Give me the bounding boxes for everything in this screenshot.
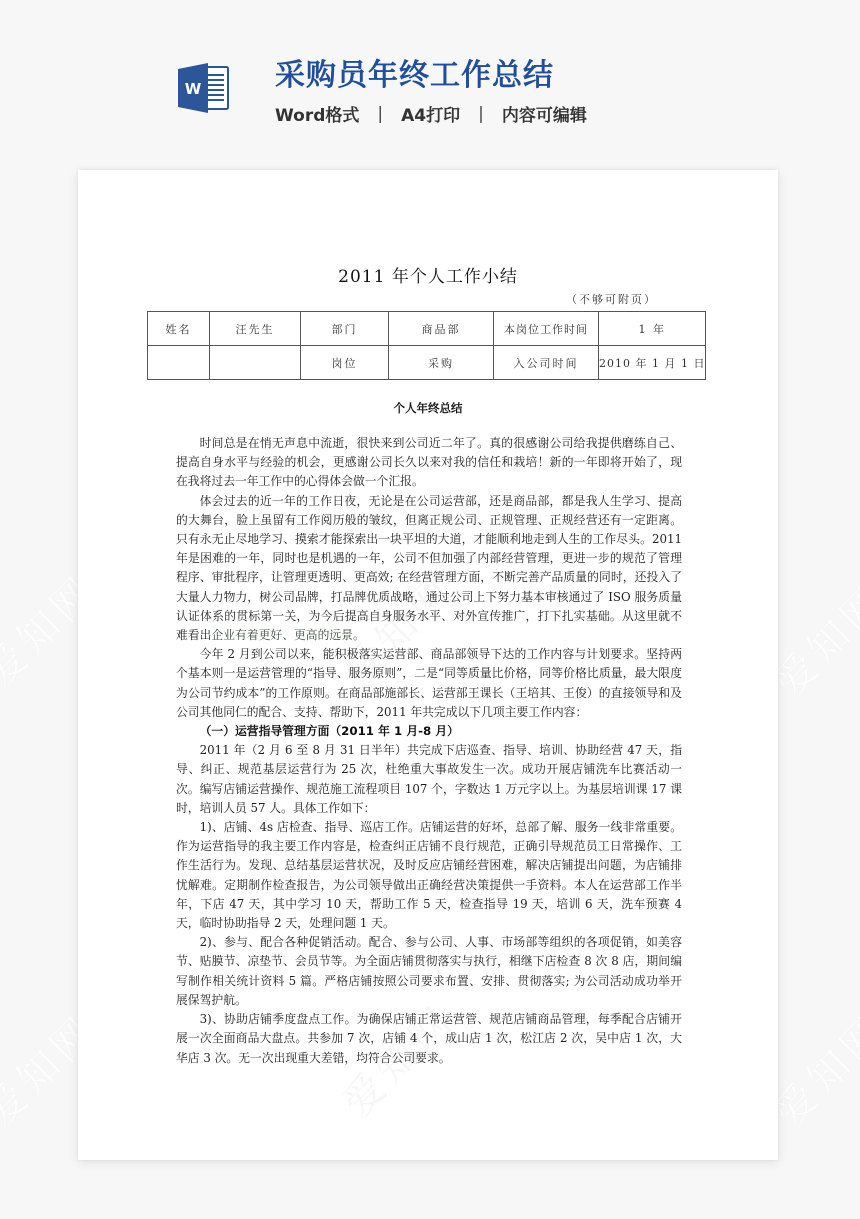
table-cell: 1 年 <box>599 312 706 346</box>
summary-heading: 个人年终总结 <box>78 400 778 416</box>
table-cell: 商品部 <box>389 312 494 346</box>
separator: | <box>377 104 383 124</box>
personal-info-table: 姓名 汪先生 部门 商品部 本岗位工作时间 1 年 岗位 采购 入公司时间 20… <box>147 311 706 380</box>
table-cell: 部门 <box>301 312 389 346</box>
document-page: 爱知网 爱知网 2011 年个人工作小结 （不够可附页） 姓名 汪先生 部门 商… <box>78 170 778 1160</box>
feature-a4-print: A4打印 <box>401 101 460 126</box>
table-cell: 汪先生 <box>210 312 301 346</box>
table-cell <box>148 346 210 380</box>
table-cell: 姓名 <box>148 312 210 346</box>
table-cell <box>210 346 301 380</box>
table-row: 岗位 采购 入公司时间 2010 年 1 月 1 日 <box>148 346 706 380</box>
attach-note: （不够可附页） <box>566 291 657 307</box>
feature-word-format: Word格式 <box>275 101 359 126</box>
table-cell: 本岗位工作时间 <box>494 312 599 346</box>
paragraph: 体会过去的近一年的工作日夜，无论是在公司运营部，还是商品部，都是我人生学习、提高… <box>176 492 682 646</box>
table-cell: 入公司时间 <box>494 346 599 380</box>
word-document-icon: W <box>175 60 231 116</box>
banner-title: 采购员年终工作总结 <box>275 50 554 94</box>
document-body: 时间总是在悄无声息中流逝，很快来到公司近二年了。真的很感谢公司给我提供磨练自己、… <box>176 434 682 1068</box>
product-banner: W 采购员年终工作总结 Word格式 | A4打印 | 内容可编辑 <box>0 0 860 160</box>
table-cell: 2010 年 1 月 1 日 <box>599 346 706 380</box>
paragraph: 2011 年（2 月 6 至 8 月 31 日半年）共完成下店巡查、指导、培训、… <box>176 741 682 818</box>
table-cell: 岗位 <box>301 346 389 380</box>
paragraph: 时间总是在悄无声息中流逝，很快来到公司近二年了。真的很感谢公司给我提供磨练自己、… <box>176 434 682 492</box>
paragraph-text: 体会过去的近一年的工作日夜，无论是在公司运营部，还是商品部，都是我人生学习、提高… <box>176 494 682 642</box>
svg-text:W: W <box>185 80 202 98</box>
paragraph-text-tail: 企业有着更好、更高的远景。 <box>211 628 364 642</box>
paragraph: 3)、协助店铺季度盘点工作。为确保店铺正常运营管、规范店铺商品管理，每季配合店铺… <box>176 1010 682 1068</box>
document-title: 2011 年个人工作小结 <box>78 262 778 287</box>
paragraph: 今年 2 月到公司以来，能积极落实运营部、商品部领导下达的工作内容与计划要求。坚… <box>176 645 682 722</box>
separator: | <box>478 104 484 124</box>
paragraph: 1)、店铺、4s 店检查、指导、巡店工作。店铺运营的好坏，总部了解、服务一线非常… <box>176 818 682 933</box>
section-heading: （一）运营指导管理方面（2011 年 1 月-8 月） <box>176 722 682 741</box>
table-row: 姓名 汪先生 部门 商品部 本岗位工作时间 1 年 <box>148 312 706 346</box>
paragraph: 2)、参与、配合各种促销活动。配合、参与公司、人事、市场部等组织的各项促销，如美… <box>176 933 682 1010</box>
feature-list: Word格式 | A4打印 | 内容可编辑 <box>275 101 587 126</box>
table-cell: 采购 <box>389 346 494 380</box>
feature-editable: 内容可编辑 <box>502 101 587 126</box>
